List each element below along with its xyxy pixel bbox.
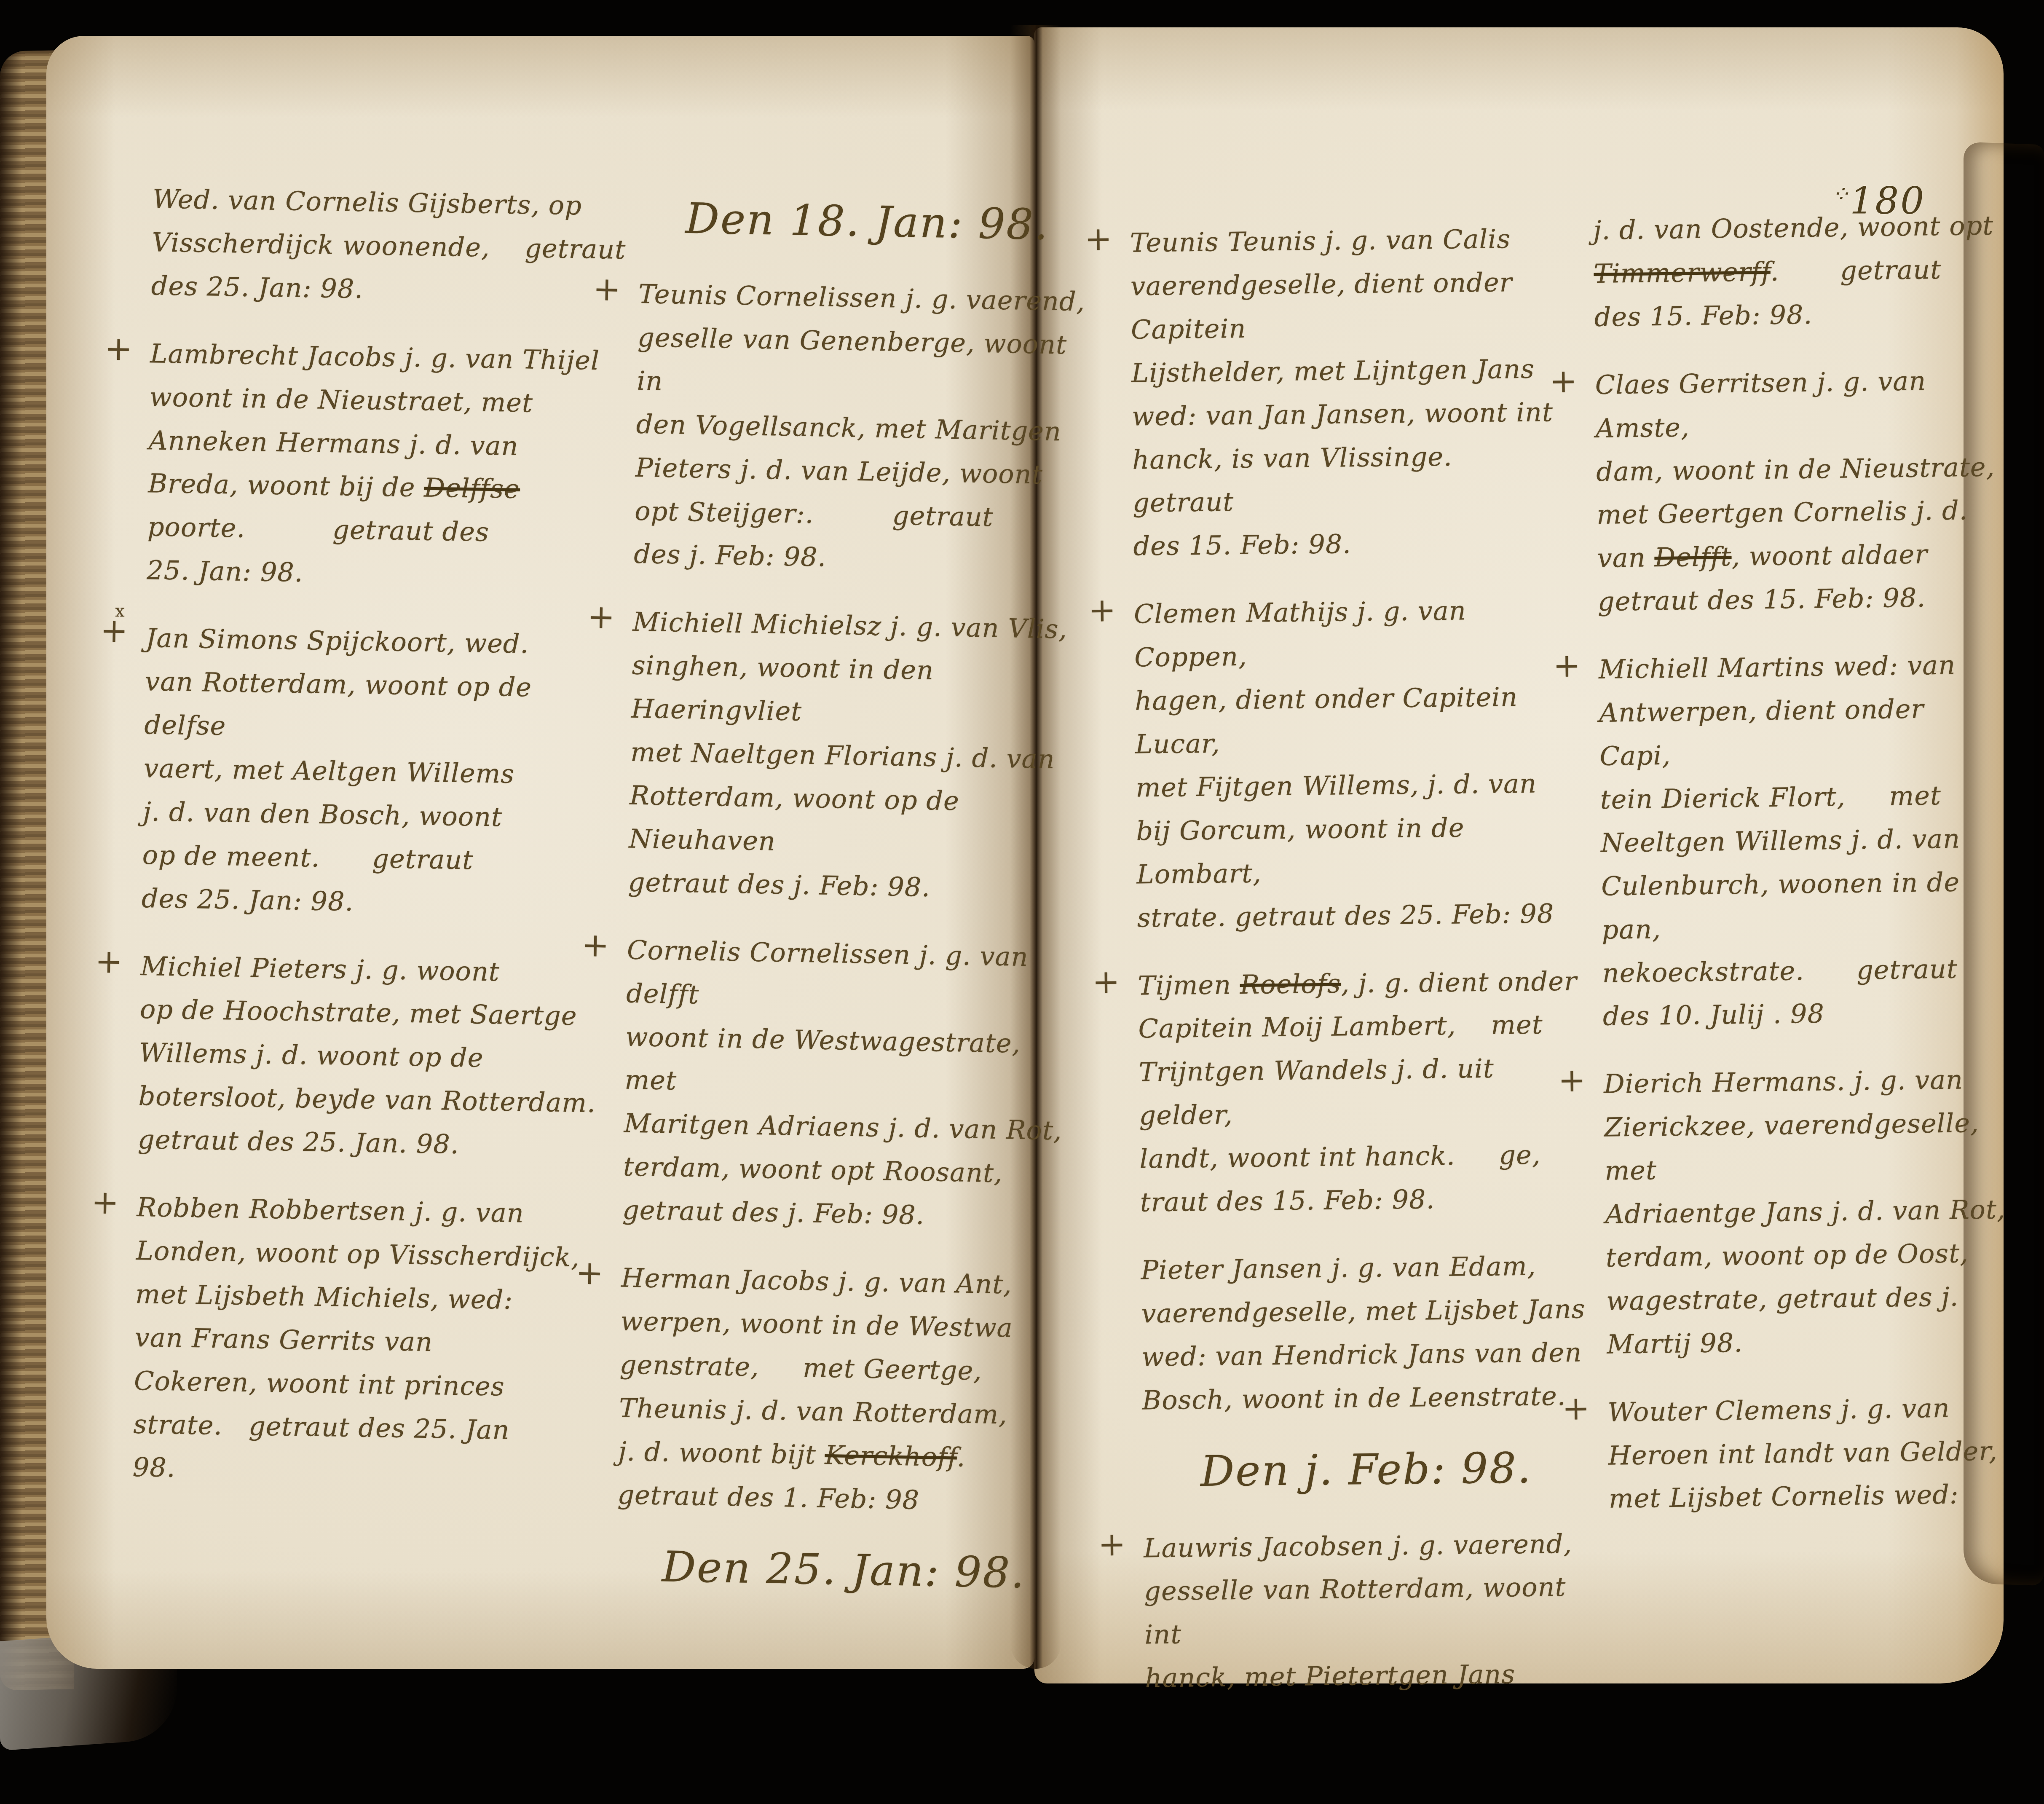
text-segment: wagestrate, getraut des j. [1606, 1281, 1959, 1316]
entry-line: Teunis Teunis j. g. van Calis [1130, 217, 1577, 265]
entry-line: Wouter Clemens j. g. van [1607, 1386, 2012, 1434]
cross-mark: + [1562, 1392, 1590, 1425]
text-segment: strate. getraut des 25. Feb: 98 [1137, 898, 1554, 933]
entry-line: Bosch, woont in de Leenstrate. [1142, 1374, 1589, 1422]
text-segment: van Frans Gerrits van [134, 1322, 433, 1357]
text-segment: . [956, 1442, 966, 1472]
entry-line: Maritgen Adriaens j. d. van Rot, [624, 1102, 1080, 1153]
text-segment: woont in de Nieustraet, met [149, 381, 533, 418]
column-left-page-2: Den 18. Jan: 98.+Teunis Cornelissen j. g… [615, 182, 1095, 1629]
entry-line: Lauwris Jacobsen j. g. vaerend, [1144, 1522, 1591, 1570]
entry-line: Tijmen Roelofs, j. g. dient onder [1138, 960, 1585, 1008]
entry-line: hanck, is van Vlissinge. getraut [1132, 434, 1580, 525]
text-segment: traut des 15. Feb: 98. [1140, 1184, 1435, 1217]
date-header: Den j. Feb: 98. [1143, 1442, 1590, 1497]
text-segment: Willems j. d. woont op de [139, 1037, 484, 1073]
text-segment: Clemen Mathijs j. g. van Coppen, [1134, 595, 1475, 673]
text-segment: met Lijsbeth Michiels, wed: [135, 1279, 513, 1315]
entry-line: nekoeckstrate. getraut [1602, 947, 2007, 995]
entry-line: Dierich Hermans. j. g. van [1603, 1058, 2008, 1106]
text-segment: 25. Jan: 98. [147, 555, 303, 588]
entry-line: Clemen Mathijs j. g. van Coppen, [1134, 588, 1581, 680]
text-segment: des 10. Julij . 98 [1603, 998, 1825, 1032]
entry-line: van Rotterdam, woont op de delfse [144, 660, 622, 754]
text-segment: dam, woont in de Nieustrate, [1596, 451, 1995, 487]
entry-lines: Lauwris Jacobsen j. g. vaerend,gesselle … [1144, 1522, 1592, 1700]
text-segment: Capitein Moij Lambert, met [1138, 1009, 1543, 1044]
entry-line: getraut des j. Feb: 98. [628, 860, 1084, 912]
entry-line: Heroen int landt van Gelder, [1608, 1429, 2013, 1478]
entry-lines: j. d. van Oostende, woont optTimmerwerff… [1593, 204, 1999, 339]
register-entry: +Herman Jacobs j. g. van Ant,werpen, woo… [617, 1256, 1077, 1524]
entry-line: hagen, dient onder Capitein Lucar, [1135, 675, 1582, 767]
entry-lines: Wed. van Cornelis Gijsberts, opVisscherd… [151, 177, 629, 315]
entry-line: Culenburch, woonen in de pan, [1601, 860, 2006, 952]
entry-lines: Michiell Martins wed: vanAntwerpen, dien… [1598, 643, 2007, 1038]
text-segment: des 15. Feb: 98. [1133, 529, 1351, 562]
register-entry: +Clemen Mathijs j. g. van Coppen,hagen, … [1134, 588, 1584, 940]
entry-lines: Teunis Teunis j. g. van Calisvaerendgese… [1130, 217, 1580, 568]
column-right-page-1: +Teunis Teunis j. g. van Calisvaerendges… [1130, 217, 1592, 1725]
cross-mark: + [1558, 1064, 1586, 1097]
entry-lines: Herman Jacobs j. g. van Ant,werpen, woon… [617, 1256, 1077, 1524]
entry-line: des 15. Feb: 98. [1594, 291, 1999, 339]
entry-line: Cokeren, woont int princes [134, 1359, 610, 1410]
entry-line: genstrate, met Geertge, [619, 1343, 1075, 1394]
column-left-page-1: Wed. van Cornelis Gijsberts, opVisscherd… [132, 177, 629, 1521]
register-entry: x+Jan Simons Spijckoort, wed.van Rotterd… [141, 617, 622, 927]
entry-line: getraut des j. Feb: 98. [622, 1189, 1078, 1240]
entry-line: strate. getraut des 25. Feb: 98 [1137, 892, 1584, 940]
text-segment: den Vogellsanck, met Maritgen [636, 408, 1061, 447]
register-entry: +Teunis Teunis j. g. van Calisvaerendges… [1130, 217, 1580, 568]
text-segment: Adriaentge Jans j. d. van Rot, [1605, 1194, 2006, 1230]
register-entry: j. d. van Oostende, woont optTimmerwerff… [1593, 204, 1999, 339]
entry-line: Adriaentge Jans j. d. van Rot, [1605, 1188, 2010, 1236]
entry-line: Robben Robbertsen j. g. van [137, 1186, 613, 1237]
register-entry: +Wouter Clemens j. g. vanHeroen int land… [1607, 1386, 2014, 1521]
text-segment: met Geertgen Cornelis j. d. [1597, 495, 1968, 531]
entry-line: met Fijtgen Willems, j. d. van [1136, 761, 1583, 810]
entry-line: getraut des 1. Feb: 98 [617, 1473, 1073, 1525]
struck-word: Delffse [424, 472, 520, 505]
text-segment: Michiell Martins wed: van [1599, 650, 1956, 685]
text-segment: wed: van Hendrick Jans van den [1141, 1337, 1582, 1372]
entry-line: Jan Simons Spijckoort, wed. [145, 617, 622, 667]
register-entry: +Lambrecht Jacobs j. g. van Thijelwoont … [147, 332, 627, 600]
cross-mark-note: x [111, 603, 129, 620]
entry-line: bij Gorcum, woont in de Lombart, [1136, 805, 1583, 896]
entry-line: Teunis Cornelissen j. g. vaerend, [638, 273, 1094, 324]
cross-mark: + [593, 273, 622, 306]
entry-line: des 25. Jan: 98. [141, 877, 618, 928]
text-segment: strate. getraut des 25. Jan [133, 1409, 510, 1445]
entry-line: Trijntgen Wandels j. d. uit gelder, [1139, 1046, 1586, 1138]
entry-line: wagestrate, getraut des j. [1606, 1275, 2011, 1323]
text-segment: Zierickzee, vaerendgeselle, met [1604, 1107, 1988, 1186]
register-entry: +Lauwris Jacobsen j. g. vaerend,gesselle… [1144, 1522, 1592, 1700]
register-entry: +Robben Robbertsen j. g. vanLonden, woon… [132, 1186, 613, 1497]
entry-line: Timmerwerff. getraut [1594, 247, 1998, 296]
text-segment: van Rotterdam, woont op de delfse [144, 666, 541, 741]
entry-line: van Frans Gerrits van [134, 1316, 611, 1367]
entry-lines: Wouter Clemens j. g. vanHeroen int landt… [1607, 1386, 2014, 1521]
entry-line: Wed. van Cornelis Gijsberts, op [152, 177, 629, 228]
entry-line: Cornelis Cornelissen j. g. van delfft [626, 928, 1082, 1023]
entry-line: Michiell Martins wed: van [1598, 643, 2003, 692]
entry-lines: Pieter Jansen j. g. van Edam,vaerendgese… [1141, 1244, 1589, 1422]
entry-line: Zierickzee, vaerendgeselle, met [1604, 1101, 2009, 1193]
struck-word: Timmerwerff [1594, 256, 1771, 289]
text-segment: j. d. van den Bosch, woont [143, 796, 503, 832]
text-segment: des 15. Feb: 98. [1594, 299, 1812, 332]
entry-line: geselle van Genenberge, woont in [637, 316, 1093, 411]
text-segment: Antwerpen, dient onder Capi, [1599, 693, 1933, 772]
entry-lines: Robben Robbertsen j. g. vanLonden, woont… [132, 1186, 613, 1497]
text-segment: Herman Jacobs j. g. van Ant, [621, 1262, 1013, 1300]
entry-line: Capitein Moij Lambert, met [1138, 1003, 1585, 1051]
text-segment: hanck, met Pietertgen Jans [1145, 1659, 1515, 1694]
text-segment: getraut des j. Feb: 98. [622, 1195, 925, 1231]
struck-word: Delfft [1654, 541, 1732, 573]
entry-line: op de Hoochstrate, met Saertge [139, 988, 616, 1039]
text-segment: Jan Simons Spijckoort, wed. [145, 622, 529, 659]
entry-line: woont in de Westwagestrate, met [624, 1015, 1081, 1110]
text-segment: op de meent. getraut [142, 839, 474, 875]
text-segment: Cokeren, woont int princes [134, 1365, 505, 1402]
entry-line: met Lijsbeth Michiels, wed: [135, 1273, 612, 1324]
open-book: ⁘180 Wed. van Cornelis Gijsberts, opViss… [0, 0, 2044, 1804]
cross-mark: + [581, 928, 610, 962]
entry-lines: Teunis Cornelissen j. g. vaerend,geselle… [634, 273, 1094, 584]
text-segment: getraut des 15. Feb: 98. [1598, 582, 1926, 617]
entry-line: j. d. woont bijt Kerckhoff. [618, 1430, 1074, 1481]
text-segment: 98. [132, 1452, 176, 1483]
entry-line: getraut des 25. Jan. 98. [137, 1118, 614, 1169]
text-segment: botersloot, beyde van Rotterdam. [138, 1080, 596, 1118]
text-segment: hanck, is van Vlissinge. getraut [1132, 440, 1487, 518]
cross-mark: + [576, 1257, 604, 1290]
text-segment: Pieter Jansen j. g. van Edam, [1141, 1251, 1536, 1286]
text-segment: terdam, woont opt Roosant, [623, 1151, 1003, 1189]
entry-line: traut des 15. Feb: 98. [1140, 1176, 1587, 1224]
entry-line: terdam, woont opt Roosant, [623, 1145, 1079, 1197]
text-segment: Wed. van Cornelis Gijsberts, op [153, 183, 582, 221]
entry-line: botersloot, beyde van Rotterdam. [138, 1075, 615, 1126]
text-segment: Rotterdam, woont op de Nieuhaven [629, 780, 968, 857]
entry-line: landt, woont int hanck. ge, [1139, 1133, 1586, 1181]
text-segment: Visscherdijck woonende, getraut [152, 227, 626, 265]
register-entry: +Teunis Cornelissen j. g. vaerend,gesell… [634, 273, 1094, 584]
text-segment: Lijsthelder, met Lijntgen Jans [1131, 353, 1535, 388]
text-segment: Theunis j. d. van Rotterdam, [619, 1392, 1007, 1430]
entry-line: dam, woont in de Nieustrate, [1596, 445, 2001, 494]
entry-lines: Lambrecht Jacobs j. g. van Thijelwoont i… [147, 332, 627, 600]
text-segment: Michiel Pieters j. g. woont [140, 951, 500, 987]
entry-line: strate. getraut des 25. Jan [133, 1403, 610, 1454]
cross-mark: + [1098, 1528, 1126, 1561]
entry-line: wed: van Jan Jansen, woont int [1132, 390, 1579, 438]
entry-line: Antwerpen, dient onder Capi, [1599, 686, 2004, 778]
text-segment: . getraut [1770, 254, 1941, 287]
text-segment: des j. Feb: 98. [634, 539, 827, 573]
entry-line: van Delfft, woont aldaer [1597, 532, 2002, 581]
column-right-page-2: j. d. van Oostende, woont optTimmerwerff… [1593, 204, 2014, 1545]
entry-line: Rotterdam, woont op de Nieuhaven [629, 774, 1085, 869]
text-segment: bij Gorcum, woont in de Lombart, [1136, 812, 1473, 890]
entry-line: tein Dierick Flort, met [1600, 773, 2005, 822]
text-segment: Michiell Michielsz j. g. van Vlis, [632, 606, 1068, 645]
text-segment: Anneken Hermans j. d. van [149, 425, 519, 461]
entry-line: gesselle van Rotterdam, woont int [1144, 1565, 1591, 1657]
entry-line: Pieters j. d. van Leijde, woont [635, 446, 1091, 497]
text-segment: Robben Robbertsen j. g. van [137, 1192, 524, 1228]
text-segment: Neeltgen Willems j. d. van [1601, 823, 1961, 858]
entry-line: j. d. van den Bosch, woont [143, 790, 619, 841]
text-segment: opt Steijger:. getraut [635, 495, 994, 532]
text-segment: poorte. getraut des [147, 512, 489, 548]
text-segment: Wouter Clemens j. g. van [1607, 1393, 1950, 1428]
struck-word: Kerckhoff [825, 1439, 957, 1472]
cross-mark: x+ [100, 617, 128, 648]
text-segment: werpen, woont in de Westwa [620, 1305, 1013, 1343]
text-segment: j. d. van Oostende, woont opt [1593, 210, 1994, 246]
text-segment: Tijmen [1138, 969, 1240, 1001]
cross-mark: + [1084, 222, 1112, 256]
date-header: Den 18. Jan: 98. [639, 193, 1095, 251]
text-segment: met Lijsbet Cornelis wed: [1609, 1479, 1959, 1514]
text-segment: wed: van Jan Jansen, woont int [1132, 397, 1553, 432]
text-segment: tein Dierick Flort, met [1600, 780, 1941, 815]
struck-word: Roelofs [1240, 968, 1341, 1000]
text-segment: Heroen int landt van Gelder, [1608, 1435, 1998, 1471]
entry-line: j. d. van Oostende, woont opt [1593, 204, 1998, 252]
entry-line: Michiell Michielsz j. g. van Vlis, [632, 600, 1088, 652]
entry-line: hanck, met Pietertgen Jans [1145, 1652, 1592, 1700]
entry-line: met Lijsbet Cornelis wed: [1608, 1472, 2013, 1521]
entry-line: Lijsthelder, met Lijntgen Jans [1131, 347, 1578, 395]
text-segment: Maritgen Adriaens j. d. van Rot, [624, 1108, 1062, 1146]
text-segment: geselle van Genenberge, woont in [637, 322, 1076, 397]
entry-line: werpen, woont in de Westwa [620, 1300, 1076, 1351]
folio-flourish: ⁘ [1831, 181, 1850, 207]
entry-lines: Dierich Hermans. j. g. vanZierickzee, va… [1603, 1058, 2012, 1366]
text-segment: terdam, woont op de Oost, [1606, 1238, 1969, 1273]
register-entry: +Claes Gerritsen j. g. van Amste,dam, wo… [1595, 359, 2002, 624]
text-segment: getraut des 25. Jan. 98. [138, 1124, 459, 1160]
entry-line: des 10. Julij . 98 [1602, 990, 2007, 1039]
register-entry: +Tijmen Roelofs, j. g. dient onderCapite… [1138, 960, 1587, 1225]
entry-line: Visscherdijck woonende, getraut [152, 221, 628, 272]
text-segment: Breda, woont bij de [148, 468, 424, 503]
text-segment: landt, woont int hanck. ge, [1139, 1139, 1541, 1174]
entry-line: getraut des 15. Feb: 98. [1597, 575, 2002, 624]
text-segment: Bosch, woont in de Leenstrate. [1142, 1380, 1566, 1416]
entry-line: Michiel Pieters j. g. woont [140, 945, 617, 996]
entry-line: terdam, woont op de Oost, [1605, 1231, 2010, 1280]
entry-line: Pieter Jansen j. g. van Edam, [1141, 1244, 1588, 1292]
entry-lines: Michiell Michielsz j. g. van Vlis,singhe… [628, 600, 1088, 912]
entry-line: op de meent. getraut [142, 834, 619, 885]
text-segment: j. d. woont bijt [618, 1436, 825, 1470]
text-segment: Pieters j. d. van Leijde, woont [635, 452, 1043, 490]
text-segment: des 25. Jan: 98. [142, 883, 354, 917]
register-entry: Wed. van Cornelis Gijsberts, opVisscherd… [151, 177, 629, 315]
text-segment: woont in de Westwagestrate, met [624, 1021, 1030, 1096]
entry-line: des j. Feb: 98. [634, 533, 1090, 584]
entry-line: vaerendgeselle, met Lijsbet Jans [1141, 1287, 1588, 1335]
text-segment: Culenburch, woonen in de pan, [1601, 866, 1969, 945]
text-segment: des 25. Jan: 98. [151, 270, 363, 304]
text-segment: Cornelis Cornelissen j. g. van delfft [626, 934, 1037, 1010]
register-entry: +Dierich Hermans. j. g. vanZierickzee, v… [1603, 1058, 2012, 1366]
entry-line: 98. [132, 1446, 609, 1497]
entry-line: met Naeltgen Florians j. d. van [630, 731, 1086, 782]
cross-mark: + [1092, 965, 1120, 998]
manuscript-photo: { "document": { "description": "Opened h… [0, 0, 2044, 1804]
text-segment: Trijntgen Wandels j. d. uit gelder, [1139, 1053, 1503, 1131]
cross-mark: + [91, 1186, 120, 1219]
text-segment: getraut des 1. Feb: 98 [617, 1479, 920, 1515]
entry-line: Anneken Hermans j. d. van [148, 419, 625, 470]
entry-lines: Jan Simons Spijckoort, wed.van Rotterdam… [141, 617, 622, 927]
text-segment: Lambrecht Jacobs j. g. van Thijel [150, 338, 600, 376]
text-segment: van [1597, 542, 1655, 574]
entry-lines: Cornelis Cornelissen j. g. van delfftwoo… [622, 928, 1082, 1240]
text-segment: vaert, met Aeltgen Willems [143, 753, 514, 789]
text-segment: , j. g. dient onder [1341, 965, 1577, 999]
cross-mark: + [95, 945, 123, 978]
text-segment: Teunis Teunis j. g. van Calis [1130, 223, 1511, 258]
cross-mark: + [1549, 365, 1578, 398]
entry-line: Londen, woont op Visscherdijck, [136, 1229, 612, 1280]
entry-line: wed: van Hendrick Jans van den [1141, 1331, 1589, 1379]
entry-line: 25. Jan: 98. [147, 549, 623, 600]
entry-lines: Michiel Pieters j. g. woontop de Hoochst… [137, 945, 617, 1169]
text-segment: met Naeltgen Florians j. d. van [630, 737, 1055, 775]
register-entry: +Michiel Pieters j. g. woontop de Hoochs… [137, 945, 617, 1169]
register-entry: +Michiell Martins wed: vanAntwerpen, die… [1598, 643, 2007, 1038]
text-segment: Dierich Hermans. j. g. van [1604, 1064, 1964, 1099]
text-segment: Lauwris Jacobsen j. g. vaerend, [1144, 1528, 1573, 1563]
entry-line: singhen, woont in den Haeringvliet [631, 644, 1087, 739]
entry-line: Herman Jacobs j. g. van Ant, [621, 1256, 1077, 1308]
entry-line: Breda, woont bij de Delffse [148, 462, 624, 513]
entry-line: den Vogellsanck, met Maritgen [636, 402, 1092, 454]
entry-line: Willems j. d. woont op de [139, 1031, 616, 1082]
entry-line: woont in de Nieustraet, met [149, 375, 626, 426]
entry-line: Martij 98. [1607, 1318, 2012, 1367]
text-segment: Teunis Cornelissen j. g. vaerend, [638, 279, 1085, 317]
entry-line: Lambrecht Jacobs j. g. van Thijel [150, 332, 627, 383]
text-segment: , woont aldaer [1731, 539, 1928, 572]
text-segment: vaerendgeselle, met Lijsbet Jans [1141, 1293, 1586, 1329]
entry-line: poorte. getraut des [147, 506, 624, 557]
text-segment: op de Hoochstrate, met Saertge [139, 994, 577, 1031]
text-segment: Londen, woont op Visscherdijck, [136, 1235, 580, 1273]
entry-lines: Claes Gerritsen j. g. van Amste,dam, woo… [1595, 359, 2002, 624]
entry-line: des 25. Jan: 98. [151, 264, 627, 315]
text-segment: met Fijtgen Willems, j. d. van [1136, 768, 1537, 803]
text-segment: genstrate, met Geertge, [619, 1349, 982, 1386]
entry-line: opt Steijger:. getraut [634, 489, 1090, 541]
entry-line: Neeltgen Willems j. d. van [1600, 817, 2005, 865]
entry-line: Theunis j. d. van Rotterdam, [619, 1386, 1074, 1438]
text-segment: Claes Gerritsen j. g. van Amste, [1595, 365, 1935, 444]
text-segment: nekoeckstrate. getraut [1602, 953, 1958, 988]
text-segment: getraut des j. Feb: 98. [628, 866, 930, 903]
entry-line: des 15. Feb: 98. [1133, 520, 1580, 568]
cross-mark: + [587, 600, 616, 634]
cross-mark: + [1553, 649, 1581, 683]
entry-line: Claes Gerritsen j. g. van Amste, [1595, 359, 2000, 450]
cross-mark: + [1088, 594, 1117, 627]
text-segment: Martij 98. [1607, 1327, 1743, 1360]
entry-line: vaerendgeselle, dient onder Capitein [1130, 260, 1578, 351]
text-segment: vaerendgeselle, dient onder Capitein [1130, 267, 1522, 345]
date-header: Den 25. Jan: 98. [616, 1541, 1072, 1600]
cross-mark: + [104, 332, 133, 365]
register-entry: Pieter Jansen j. g. van Edam,vaerendgese… [1141, 1244, 1589, 1422]
register-entry: +Cornelis Cornelissen j. g. van delfftwo… [622, 928, 1082, 1240]
entry-line: met Geertgen Cornelis j. d. [1597, 489, 2001, 537]
text-segment: gesselle van Rotterdam, woont int [1144, 1571, 1575, 1650]
register-entry: +Michiell Michielsz j. g. van Vlis,singh… [628, 600, 1088, 912]
entry-lines: Clemen Mathijs j. g. van Coppen,hagen, d… [1134, 588, 1584, 940]
text-segment: singhen, woont in den Haeringvliet [631, 650, 943, 727]
text-segment: hagen, dient onder Capitein Lucar, [1135, 681, 1527, 760]
entry-line: vaert, met Aeltgen Willems [143, 747, 620, 798]
entry-lines: Tijmen Roelofs, j. g. dient onderCapitei… [1138, 960, 1587, 1225]
